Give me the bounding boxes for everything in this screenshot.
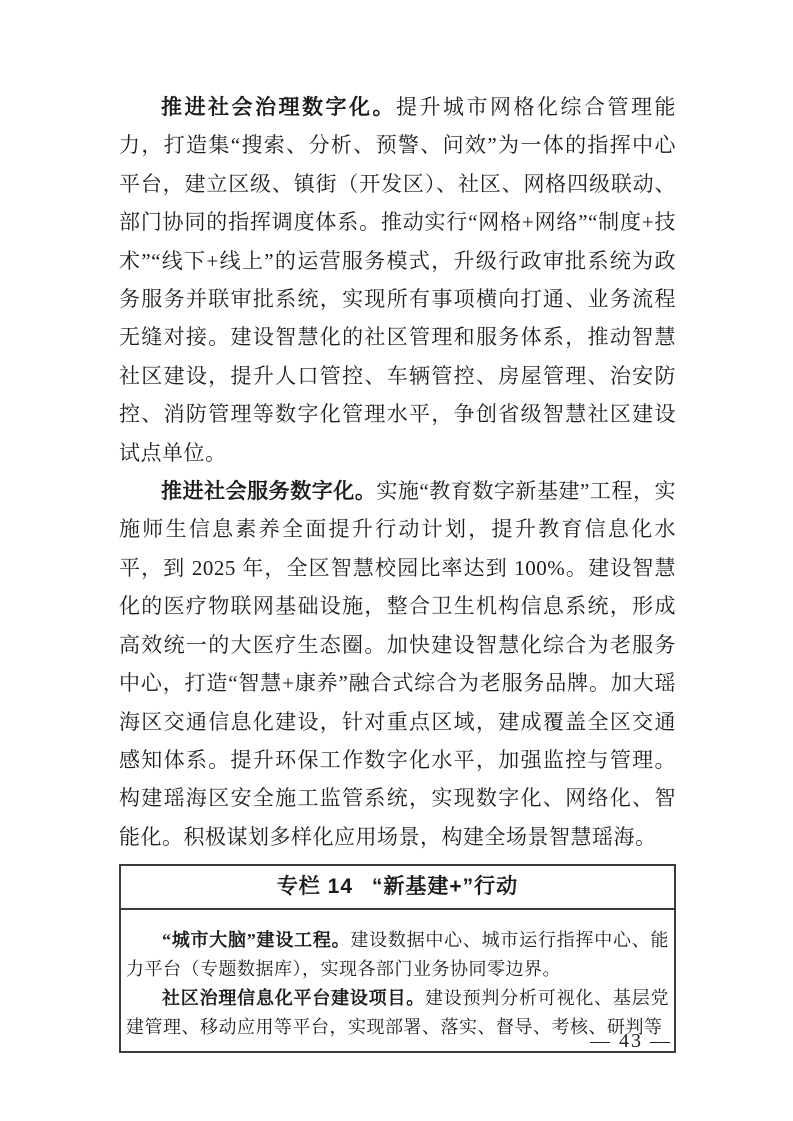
callout-box-title: “新基建+”行动 [372, 875, 518, 898]
box-item-city-brain: “城市大脑”建设工程。建设数据中心、城市运行指挥中心、能力平台（专题数据库），实… [126, 926, 669, 984]
paragraph-body: 提升城市网格化综合管理能力，打造集“搜索、分析、预警、问效”为一体的指挥中心平台… [119, 95, 676, 465]
paragraph-lead: 推进社会服务数字化。 [161, 479, 376, 503]
callout-box-column-14: 专栏 14“新基建+”行动 “城市大脑”建设工程。建设数据中心、城市运行指挥中心… [119, 864, 676, 1053]
paragraph-body: 实施“教育数字新基建”工程，实施师生信息素养全面提升行动计划，提升教育信息化水平… [119, 479, 676, 849]
box-item-lead: “城市大脑”建设工程。 [162, 930, 350, 950]
paragraph-social-governance: 推进社会治理数字化。提升城市网格化综合管理能力，打造集“搜索、分析、预警、问效”… [119, 88, 676, 472]
document-page: 推进社会治理数字化。提升城市网格化综合管理能力，打造集“搜索、分析、预警、问效”… [0, 0, 793, 1121]
page-number: — 43 — [590, 1030, 672, 1053]
paragraph-lead: 推进社会治理数字化。 [161, 95, 396, 119]
callout-box-header: 专栏 14“新基建+”行动 [121, 866, 674, 910]
document-content: 推进社会治理数字化。提升城市网格化综合管理能力，打造集“搜索、分析、预警、问效”… [119, 88, 676, 1053]
box-item-community-platform: 社区治理信息化平台建设项目。建设预判分析可视化、基层党建管理、移动应用等平台，实… [126, 984, 669, 1042]
box-item-lead: 社区治理信息化平台建设项目。 [162, 988, 425, 1008]
paragraph-social-services: 推进社会服务数字化。实施“教育数字新基建”工程，实施师生信息素养全面提升行动计划… [119, 472, 676, 856]
callout-box-number: 专栏 14 [277, 875, 353, 898]
